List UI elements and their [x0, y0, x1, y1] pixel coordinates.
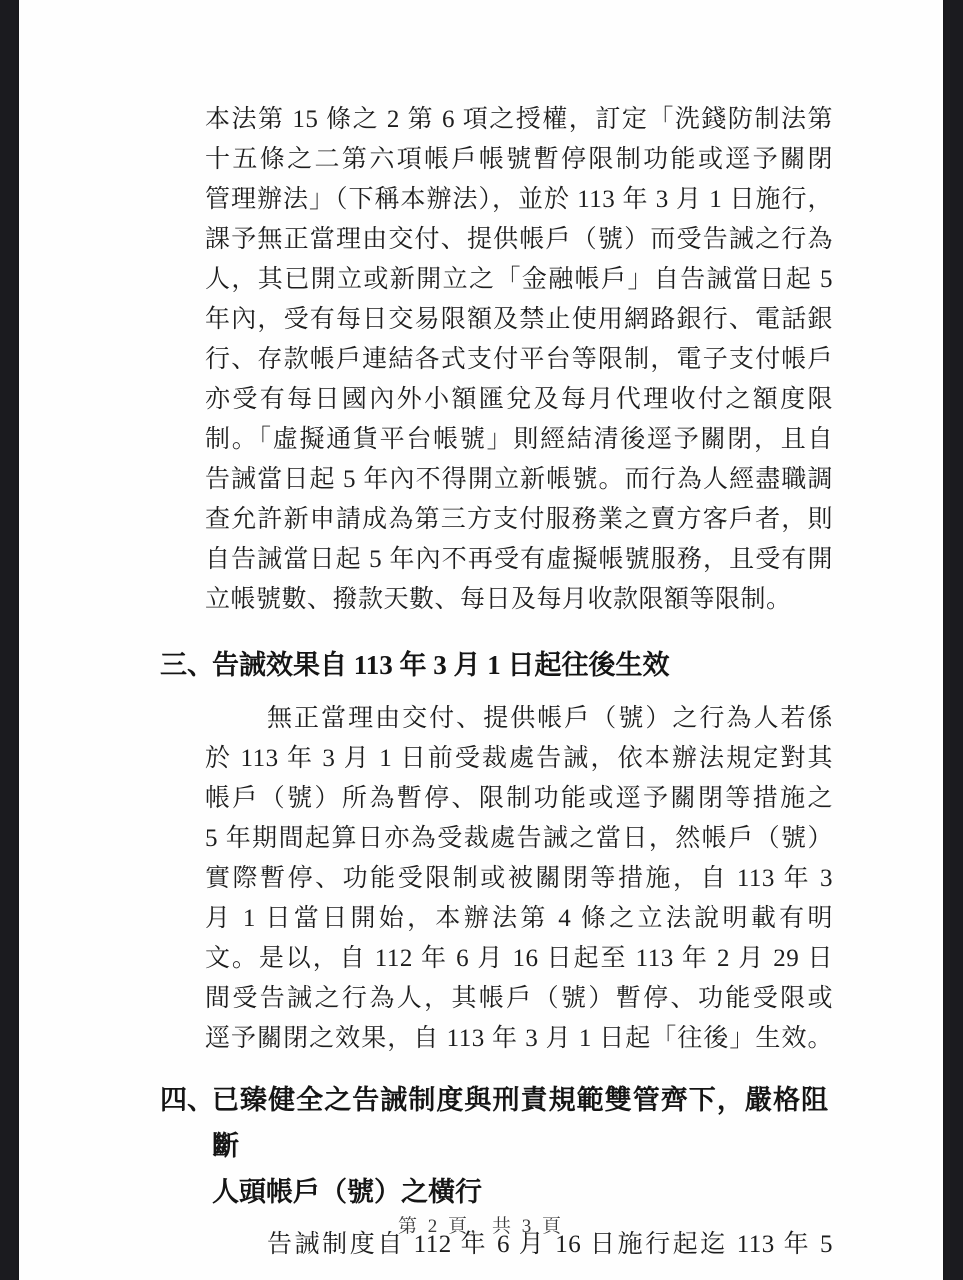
text-line: 月 1 日當日開始，本辦法第 4 條之立法說明載有明 — [205, 899, 833, 939]
section-heading-text: 告誡效果自 113 年 3 月 1 日起往後生效 — [212, 643, 828, 687]
text-line: 無正當理由交付、提供帳戶（號）之行為人若係 — [205, 699, 833, 739]
text-line: 管理辦法」（下稱本辦法），並於 113 年 3 月 1 日施行， — [205, 180, 833, 220]
text-line: 自告誡當日起 5 年內不再受有虛擬帳號服務，且受有開 — [205, 540, 833, 580]
text-line: 課予無正當理由交付、提供帳戶（號）而受告誡之行為 — [205, 220, 833, 260]
text-line: 實際暫停、功能受限制或被關閉等措施，自 113 年 3 — [205, 859, 833, 899]
text-line: 文。是以，自 112 年 6 月 16 日起至 113 年 2 月 29 日 — [205, 939, 833, 979]
document-page: 本法第 15 條之 2 第 6 項之授權，訂定「洗錢防制法第 十五條之二第六項帳… — [19, 0, 943, 1280]
text-line: 本法第 15 條之 2 第 6 項之授權，訂定「洗錢防制法第 — [205, 100, 833, 140]
text-line: 行、存款帳戶連結各式支付平台等限制，電子支付帳戶 — [205, 340, 833, 380]
section-heading-text: 已臻健全之告誡制度與刑責規範雙管齊下，嚴格阻斷 人頭帳戶（號）之橫行 — [212, 1077, 828, 1215]
viewer-left-frame — [0, 0, 19, 1280]
text-line: 亦受有每日國內外小額匯兌及每月代理收付之額度限 — [205, 380, 833, 420]
text-line: 查允許新申請成為第三方支付服務業之賣方客戶者，則 — [205, 500, 833, 540]
paragraph-section-3: 無正當理由交付、提供帳戶（號）之行為人若係 於 113 年 3 月 1 日前受裁… — [205, 699, 833, 1059]
section-heading-3: 三、 告誡效果自 113 年 3 月 1 日起往後生效 — [160, 643, 832, 687]
text-line: 告誡當日起 5 年內不得開立新帳號。而行為人經盡職調 — [205, 460, 833, 500]
text-line: 帳戶（號）所為暫停、限制功能或逕予關閉等措施之 — [205, 779, 833, 819]
heading-line: 已臻健全之告誡制度與刑責規範雙管齊下，嚴格阻斷 — [212, 1077, 828, 1169]
section-number: 四、 — [160, 1077, 212, 1215]
text-line: 人，其已開立或新開立之「金融帳戶」自告誡當日起 5 — [205, 260, 833, 300]
text-line: 逕予關閉之效果，自 113 年 3 月 1 日起「往後」生效。 — [205, 1019, 833, 1059]
page-footer: 第 2 頁，共 3 頁 — [19, 1214, 943, 1240]
text-line: 立帳號數、撥款天數、每日及每月收款限額等限制。 — [205, 580, 833, 620]
document-content: 本法第 15 條之 2 第 6 項之授權，訂定「洗錢防制法第 十五條之二第六項帳… — [160, 0, 832, 1265]
heading-line: 人頭帳戶（號）之橫行 — [212, 1169, 828, 1215]
viewer-right-frame — [943, 0, 963, 1280]
text-line: 制。「虛擬通貨平台帳號」則經結清後逕予關閉，且自 — [205, 420, 833, 460]
text-line: 十五條之二第六項帳戶帳號暫停限制功能或逕予關閉 — [205, 140, 833, 180]
paragraph-continuation: 本法第 15 條之 2 第 6 項之授權，訂定「洗錢防制法第 十五條之二第六項帳… — [205, 100, 833, 620]
text-line: 間受告誡之行為人，其帳戶（號）暫停、功能受限或 — [205, 979, 833, 1019]
text-line: 於 113 年 3 月 1 日前受裁處告誡，依本辦法規定對其 — [205, 739, 833, 779]
section-number: 三、 — [160, 643, 212, 687]
text-line: 5 年期間起算日亦為受裁處告誡之當日，然帳戶（號） — [205, 819, 833, 859]
section-heading-4: 四、 已臻健全之告誡制度與刑責規範雙管齊下，嚴格阻斷 人頭帳戶（號）之橫行 — [160, 1077, 832, 1215]
text-line: 年內，受有每日交易限額及禁止使用網路銀行、電話銀 — [205, 300, 833, 340]
